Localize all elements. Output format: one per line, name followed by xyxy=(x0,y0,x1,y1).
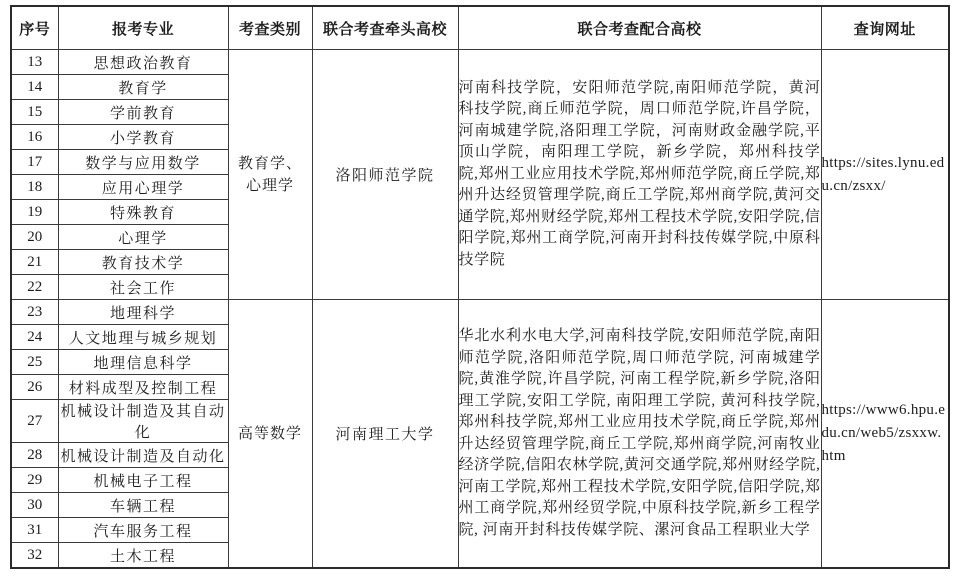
row-number-cell: 28 xyxy=(11,443,58,468)
row-number-cell: 17 xyxy=(11,150,58,175)
major-cell: 教育学 xyxy=(58,75,228,100)
document-page: 序号 报考专业 考查类别 联合考查牵头高校 联合考查配合高校 查询网址 13 思… xyxy=(0,0,958,584)
major-cell: 机械设计制造及自动化 xyxy=(58,443,228,468)
major-cell: 教育技术学 xyxy=(58,250,228,275)
major-cell: 思想政治教育 xyxy=(58,50,228,75)
header-row: 序号 报考专业 考查类别 联合考查牵头高校 联合考查配合高校 查询网址 xyxy=(11,6,949,50)
row-number-cell: 31 xyxy=(11,518,58,543)
col-header-seq: 序号 xyxy=(11,6,58,50)
major-cell: 地理科学 xyxy=(58,300,228,325)
col-header-major: 报考专业 xyxy=(58,6,228,50)
major-cell: 小学教育 xyxy=(58,125,228,150)
col-header-query-url: 查询网址 xyxy=(821,6,949,50)
major-cell: 数学与应用数学 xyxy=(58,150,228,175)
lead-university-cell: 河南理工大学 xyxy=(312,300,458,569)
major-cell: 特殊教育 xyxy=(58,200,228,225)
row-number-cell: 23 xyxy=(11,300,58,325)
major-cell: 社会工作 xyxy=(58,275,228,300)
row-number-cell: 26 xyxy=(11,375,58,400)
joint-exam-table: 序号 报考专业 考查类别 联合考查牵头高校 联合考查配合高校 查询网址 13 思… xyxy=(10,5,950,569)
row-number-cell: 32 xyxy=(11,543,58,569)
table-row: 13 思想政治教育 教育学、 心理学 洛阳师范学院 河南科技学院，安阳师范学院,… xyxy=(11,50,949,75)
row-number-cell: 18 xyxy=(11,175,58,200)
major-cell: 车辆工程 xyxy=(58,493,228,518)
major-cell: 汽车服务工程 xyxy=(58,518,228,543)
major-cell: 心理学 xyxy=(58,225,228,250)
col-header-category: 考查类别 xyxy=(228,6,312,50)
row-number-cell: 29 xyxy=(11,468,58,493)
major-cell: 机械电子工程 xyxy=(58,468,228,493)
major-cell: 人文地理与城乡规划 xyxy=(58,325,228,350)
query-url-cell: https://sites.lynu.edu.cn/zsxx/ xyxy=(821,50,949,300)
row-number-cell: 14 xyxy=(11,75,58,100)
row-number-cell: 25 xyxy=(11,350,58,375)
col-header-lead-university: 联合考查牵头高校 xyxy=(312,6,458,50)
table-row: 23 地理科学 高等数学 河南理工大学 华北水利水电大学,河南科技学院,安阳师范… xyxy=(11,300,949,325)
query-url-cell: https://www6.hpu.edu.cn/web5/zsxxw.htm xyxy=(821,300,949,569)
major-cell: 学前教育 xyxy=(58,100,228,125)
category-cell: 教育学、 心理学 xyxy=(228,50,312,300)
major-cell: 应用心理学 xyxy=(58,175,228,200)
col-header-partner-universities: 联合考查配合高校 xyxy=(458,6,821,50)
partner-universities-cell: 华北水利水电大学,河南科技学院,安阳师范学院,南阳师范学院,洛阳师范学院,周口师… xyxy=(458,300,821,569)
row-number-cell: 20 xyxy=(11,225,58,250)
category-cell: 高等数学 xyxy=(228,300,312,569)
major-cell: 土木工程 xyxy=(58,543,228,569)
row-number-cell: 19 xyxy=(11,200,58,225)
row-number-cell: 27 xyxy=(11,400,58,443)
row-number-cell: 16 xyxy=(11,125,58,150)
row-number-cell: 13 xyxy=(11,50,58,75)
row-number-cell: 21 xyxy=(11,250,58,275)
lead-university-cell: 洛阳师范学院 xyxy=(312,50,458,300)
row-number-cell: 22 xyxy=(11,275,58,300)
major-cell: 地理信息科学 xyxy=(58,350,228,375)
row-number-cell: 15 xyxy=(11,100,58,125)
row-number-cell: 30 xyxy=(11,493,58,518)
partner-universities-cell: 河南科技学院，安阳师范学院,南阳师范学院，黄河科技学院,商丘师范学院，周口师范学… xyxy=(458,50,821,300)
major-cell: 材料成型及控制工程 xyxy=(58,375,228,400)
row-number-cell: 24 xyxy=(11,325,58,350)
major-cell: 机械设计制造及其自动化 xyxy=(58,400,228,443)
